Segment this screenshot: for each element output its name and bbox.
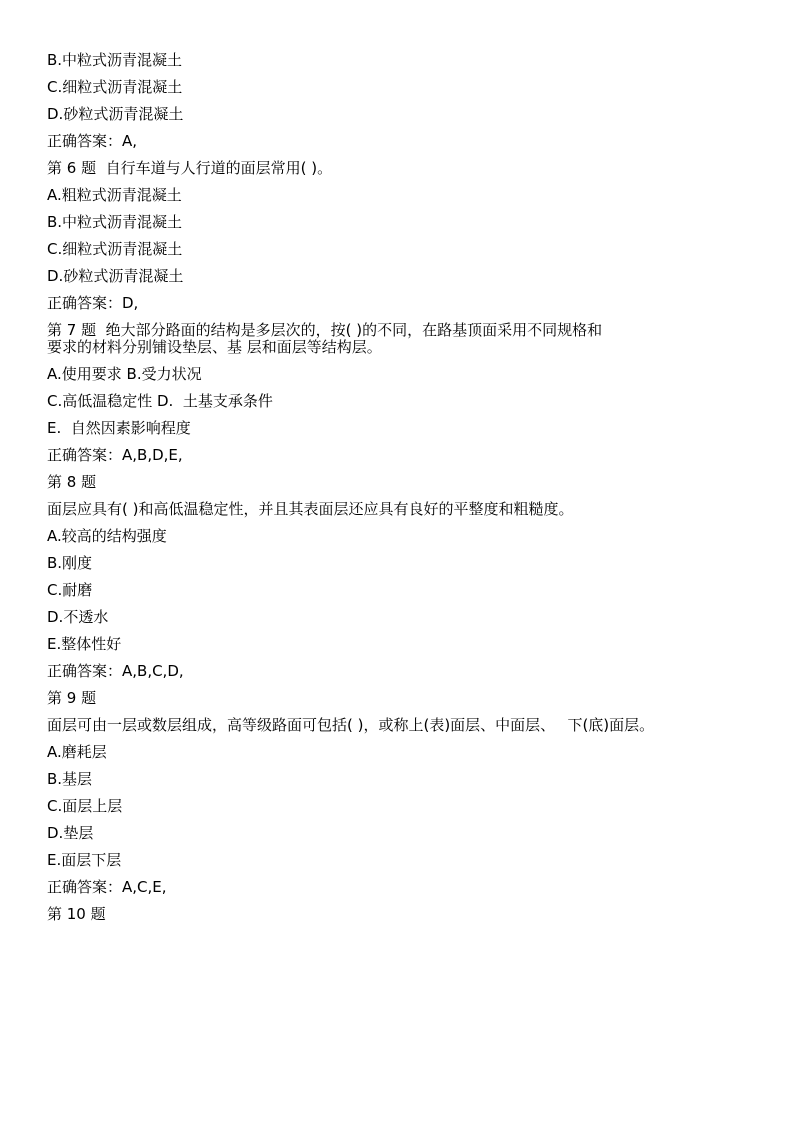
document-page: B.中粒式沥青混凝土 C.细粒式沥青混凝土 D.砂粒式沥青混凝土 正确答案：A,… [0,0,794,1123]
q8-answer-line: 正确答案：A,B,C,D, [47,663,747,680]
q9-stem: 面层可由一层或数层组成，高等级路面可包括( )，或称上(表)面层、中面层、 下(… [47,717,747,734]
q6-option-a: A.粗粒式沥青混凝土 [47,187,747,204]
q9-option-e: E.面层下层 [47,852,747,869]
q9-header: 第 9 题 [47,690,747,707]
q8-option-a: A.较高的结构强度 [47,528,747,545]
q8-stem: 面层应具有( )和高低温稳定性，并且其表面层还应具有良好的平整度和粗糙度。 [47,501,747,518]
q9-option-d: D.垫层 [47,825,747,842]
q5-option-b: B.中粒式沥青混凝土 [47,52,747,69]
q7-option-e: E. 自然因素影响程度 [47,420,747,437]
q7-options-cd: C.高低温稳定性 D. 土基支承条件 [47,393,747,410]
q10-header: 第 10 题 [47,906,747,923]
q7-options-ab: A.使用要求 B.受力状况 [47,366,747,383]
q9-option-a: A.磨耗层 [47,744,747,761]
question-7-block: 第 7 题 绝大部分路面的结构是多层次的，按( )的不同，在路基顶面采用不同规格… [47,322,747,464]
q8-header: 第 8 题 [47,474,747,491]
q6-option-d: D.砂粒式沥青混凝土 [47,268,747,285]
q8-option-e: E.整体性好 [47,636,747,653]
question-6-block: 第 6 题 自行车道与人行道的面层常用( )。 A.粗粒式沥青混凝土 B.中粒式… [47,160,747,312]
question-9-block: 第 9 题 面层可由一层或数层组成，高等级路面可包括( )，或称上(表)面层、中… [47,690,747,896]
q8-option-b: B.刚度 [47,555,747,572]
q7-stem-line-2: 要求的材料分别铺设垫层、基 层和面层等结构层。 [47,339,747,356]
q6-option-b: B.中粒式沥青混凝土 [47,214,747,231]
q6-header: 第 6 题 自行车道与人行道的面层常用( )。 [47,160,747,177]
q9-option-c: C.面层上层 [47,798,747,815]
q5-option-c: C.细粒式沥青混凝土 [47,79,747,96]
q8-option-d: D.不透水 [47,609,747,626]
q7-stem-line-1: 第 7 题 绝大部分路面的结构是多层次的，按( )的不同，在路基顶面采用不同规格… [47,322,747,339]
q9-answer-line: 正确答案：A,C,E, [47,879,747,896]
q7-answer-line: 正确答案：A,B,D,E, [47,447,747,464]
q6-answer-line: 正确答案：D, [47,295,747,312]
question-10-block: 第 10 题 [47,906,747,923]
q5-option-d: D.砂粒式沥青混凝土 [47,106,747,123]
q5-answer-line: 正确答案：A, [47,133,747,150]
q8-option-c: C.耐磨 [47,582,747,599]
question-5-block: B.中粒式沥青混凝土 C.细粒式沥青混凝土 D.砂粒式沥青混凝土 正确答案：A, [47,52,747,150]
q6-option-c: C.细粒式沥青混凝土 [47,241,747,258]
q9-option-b: B.基层 [47,771,747,788]
question-8-block: 第 8 题 面层应具有( )和高低温稳定性，并且其表面层还应具有良好的平整度和粗… [47,474,747,680]
